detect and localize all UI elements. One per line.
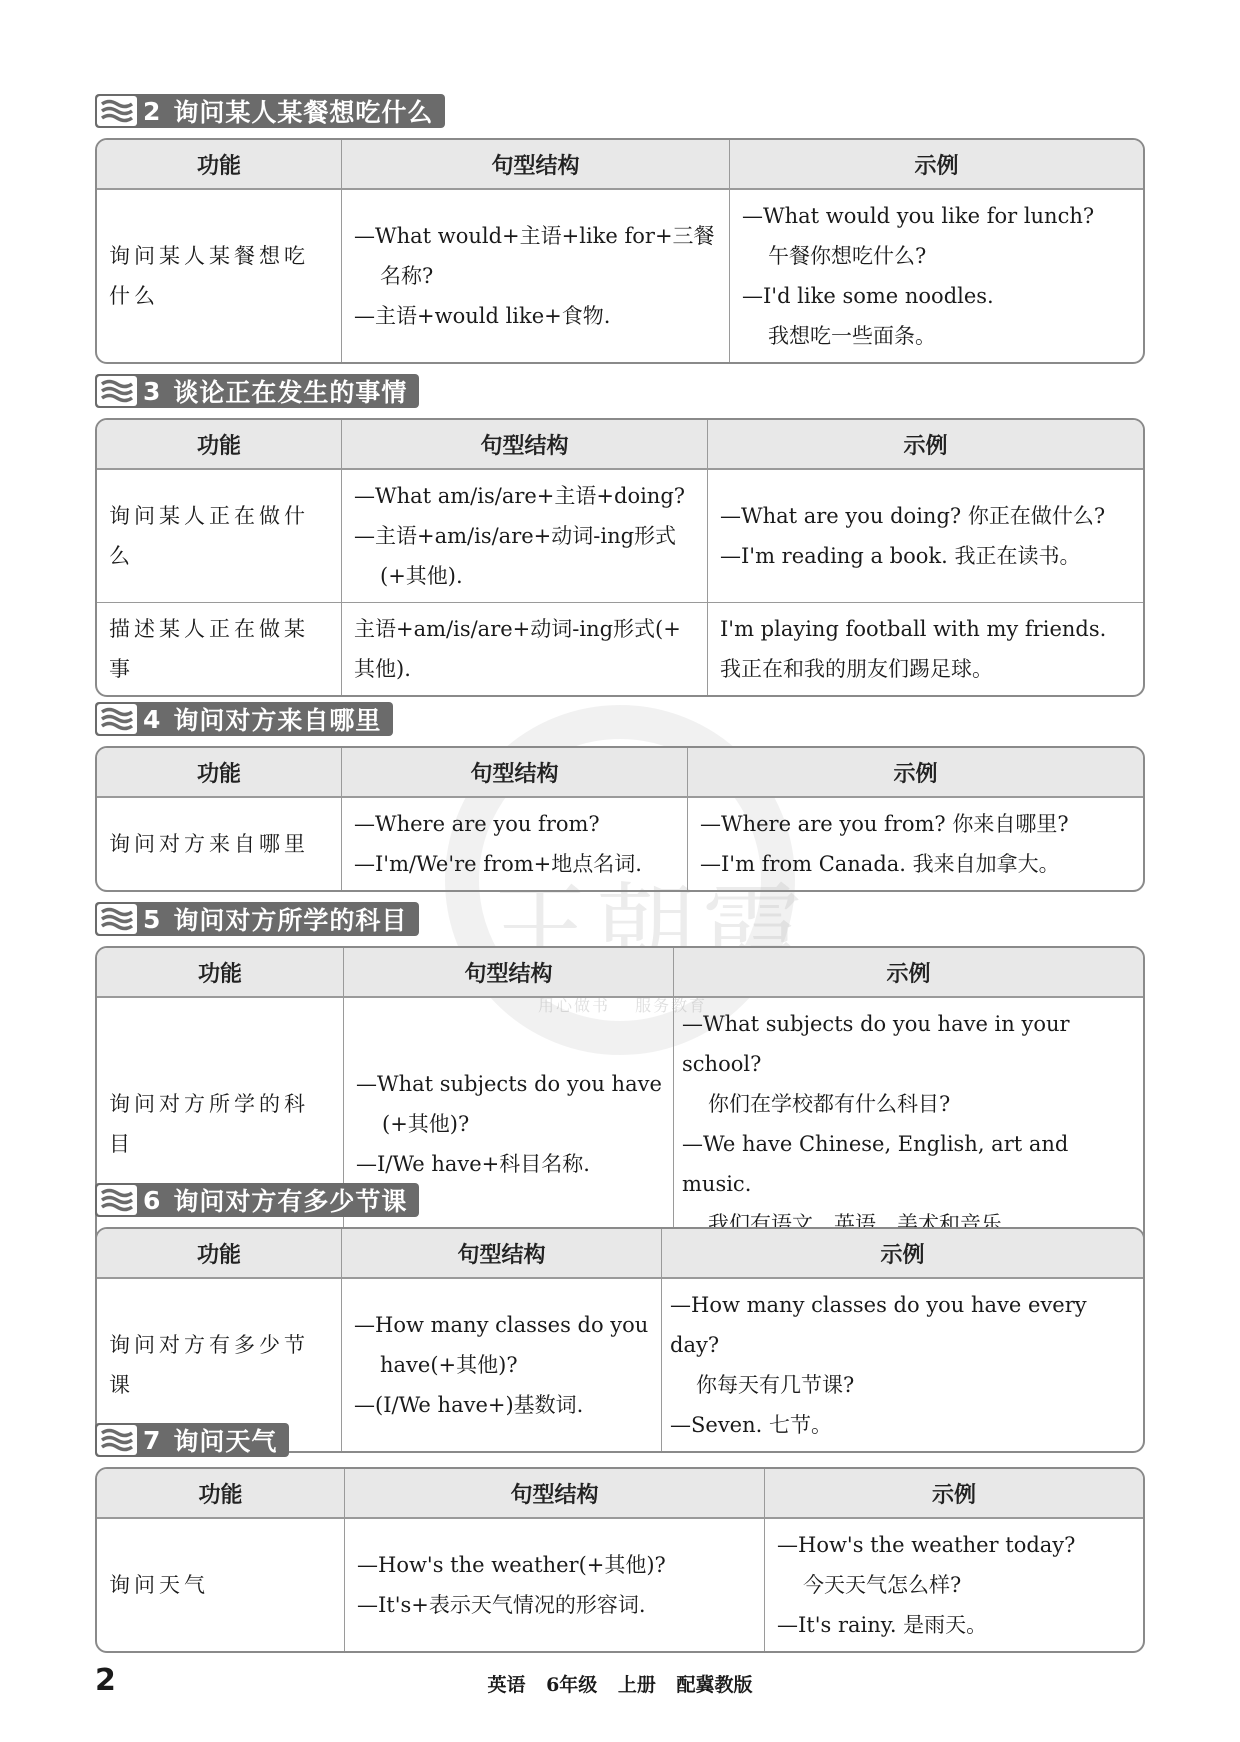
section-number: 2 xyxy=(143,97,161,126)
header-structure: 句型结构 xyxy=(345,1469,765,1519)
example-cell: —What are you doing? 你正在做什么? —I'm readin… xyxy=(708,470,1143,603)
phrase-table: 功能 句型结构 示例 询问某人正在做什么 —What am/is/are+主语+… xyxy=(95,418,1145,697)
waves-icon xyxy=(97,904,137,934)
structure-cell: 主语+am/is/are+动词-ing形式(+ 其他). xyxy=(342,603,708,695)
header-function: 功能 xyxy=(97,948,344,998)
section-number: 7 xyxy=(143,1426,161,1455)
structure-cell: —Where are you from? —I'm/We're from+地点名… xyxy=(342,798,688,890)
table-header-row: 功能 句型结构 示例 xyxy=(97,140,1143,190)
section-heading: 6 询问对方有多少节课 xyxy=(95,1183,419,1217)
example-cell: —What would you like for lunch? 午餐你想吃什么?… xyxy=(730,190,1143,362)
section-title: 谈论正在发生的事情 xyxy=(173,373,407,409)
function-cell: 描述某人正在做某事 xyxy=(97,603,342,695)
waves-icon xyxy=(97,704,137,734)
section-number: 3 xyxy=(143,377,161,406)
table-row: 询问天气 —How's the weather(+其他)? —It's+表示天气… xyxy=(97,1519,1143,1651)
table-header-row: 功能 句型结构 示例 xyxy=(97,1469,1143,1519)
header-function: 功能 xyxy=(97,748,342,798)
section-6: 6 询问对方有多少节课 功能 句型结构 示例 询问对方有多少节课 —How ma… xyxy=(95,1183,1145,1453)
section-number: 4 xyxy=(143,705,161,734)
section-4: 4 询问对方来自哪里 功能 句型结构 示例 询问对方来自哪里 —Where ar… xyxy=(95,702,1145,892)
header-structure: 句型结构 xyxy=(344,948,674,998)
table-row: 询问某人正在做什么 —What am/is/are+主语+doing? —主语+… xyxy=(97,470,1143,603)
table-header-row: 功能 句型结构 示例 xyxy=(97,420,1143,470)
header-example: 示例 xyxy=(765,1469,1143,1519)
example-cell: —Where are you from? 你来自哪里? —I'm from Ca… xyxy=(688,798,1143,890)
header-function: 功能 xyxy=(97,140,342,190)
section-title: 询问天气 xyxy=(173,1422,277,1458)
header-function: 功能 xyxy=(97,1469,345,1519)
function-cell: 询问天气 xyxy=(97,1519,345,1651)
header-structure: 句型结构 xyxy=(342,748,688,798)
section-3: 3 谈论正在发生的事情 功能 句型结构 示例 询问某人正在做什么 —What a… xyxy=(95,374,1145,697)
table-header-row: 功能 句型结构 示例 xyxy=(97,1229,1143,1279)
waves-icon xyxy=(97,376,137,406)
function-cell: 询问某人某餐想吃什么 xyxy=(97,190,342,362)
section-heading: 5 询问对方所学的科目 xyxy=(95,902,419,936)
section-heading: 4 询问对方来自哪里 xyxy=(95,702,393,736)
section-number: 6 xyxy=(143,1186,161,1215)
waves-icon xyxy=(97,1185,137,1215)
header-example: 示例 xyxy=(674,948,1143,998)
book-info: 英语 6年级 上册 配冀教版 xyxy=(0,1670,1240,1697)
section-title: 询问某人某餐想吃什么 xyxy=(173,93,433,129)
table-row: 描述某人正在做某事 主语+am/is/are+动词-ing形式(+ 其他). I… xyxy=(97,603,1143,695)
section-heading: 2 询问某人某餐想吃什么 xyxy=(95,94,445,128)
section-2: 2 询问某人某餐想吃什么 功能 句型结构 示例 询问某人某餐想吃什么 —What… xyxy=(95,94,1145,364)
header-example: 示例 xyxy=(688,748,1143,798)
header-structure: 句型结构 xyxy=(342,140,730,190)
phrase-table: 功能 句型结构 示例 询问天气 —How's the weather(+其他)?… xyxy=(95,1467,1145,1653)
header-structure: 句型结构 xyxy=(342,1229,662,1279)
section-heading: 3 谈论正在发生的事情 xyxy=(95,374,419,408)
function-cell: 询问某人正在做什么 xyxy=(97,470,342,603)
table-header-row: 功能 句型结构 示例 xyxy=(97,948,1143,998)
phrase-table: 功能 句型结构 示例 询问某人某餐想吃什么 —What would+主语+lik… xyxy=(95,138,1145,364)
structure-cell: —How's the weather(+其他)? —It's+表示天气情况的形容… xyxy=(345,1519,765,1651)
section-number: 5 xyxy=(143,905,161,934)
section-title: 询问对方所学的科目 xyxy=(173,901,407,937)
example-cell: I'm playing football with my friends. 我正… xyxy=(708,603,1143,695)
table-header-row: 功能 句型结构 示例 xyxy=(97,748,1143,798)
section-title: 询问对方来自哪里 xyxy=(173,701,381,737)
header-structure: 句型结构 xyxy=(342,420,708,470)
header-function: 功能 xyxy=(97,1229,342,1279)
header-example: 示例 xyxy=(730,140,1143,190)
header-example: 示例 xyxy=(662,1229,1143,1279)
header-example: 示例 xyxy=(708,420,1143,470)
structure-cell: —What would+主语+like for+三餐 名称? —主语+would… xyxy=(342,190,730,362)
phrase-table: 功能 句型结构 示例 询问对方来自哪里 —Where are you from?… xyxy=(95,746,1145,892)
waves-icon xyxy=(97,1425,137,1455)
function-cell: 询问对方来自哪里 xyxy=(97,798,342,890)
table-row: 询问某人某餐想吃什么 —What would+主语+like for+三餐 名称… xyxy=(97,190,1143,362)
header-function: 功能 xyxy=(97,420,342,470)
table-row: 询问对方来自哪里 —Where are you from? —I'm/We're… xyxy=(97,798,1143,890)
section-heading: 7 询问天气 xyxy=(95,1423,289,1457)
section-title: 询问对方有多少节课 xyxy=(173,1182,407,1218)
phrase-table: 功能 句型结构 示例 询问对方有多少节课 —How many classes d… xyxy=(95,1227,1145,1453)
waves-icon xyxy=(97,96,137,126)
example-cell: —How's the weather today? 今天天气怎么样? —It's… xyxy=(765,1519,1143,1651)
section-7: 7 询问天气 功能 句型结构 示例 询问天气 —How's the weathe… xyxy=(95,1423,1145,1653)
structure-cell: —What am/is/are+主语+doing? —主语+am/is/are+… xyxy=(342,470,708,603)
